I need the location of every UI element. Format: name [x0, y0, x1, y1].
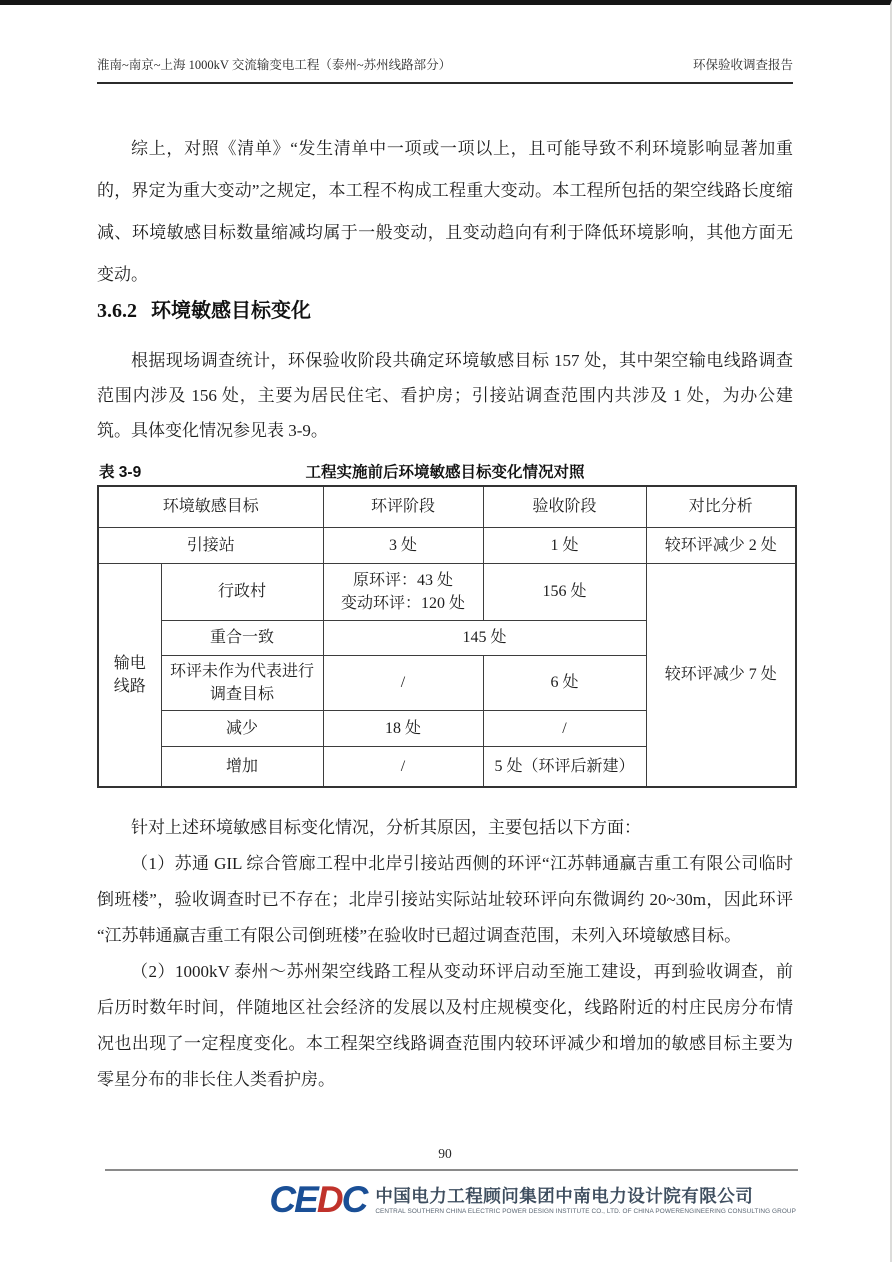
cell-village-acceptance: 156 处 — [483, 563, 646, 620]
cell-village-eia: 原环评：43 处 变动环评：120 处 — [323, 563, 483, 620]
page-number: 90 — [0, 1146, 890, 1162]
cell-increase-label: 增加 — [161, 746, 323, 787]
col-header-comparison: 对比分析 — [646, 486, 796, 528]
cell-station-eia: 3 处 — [323, 527, 483, 563]
notrep-label-line2: 调查目标 — [166, 683, 319, 706]
cell-line-group-label: 输电 线路 — [98, 563, 161, 787]
table-row-station: 引接站 3 处 1 处 较环评减少 2 处 — [98, 527, 796, 563]
intro-paragraph: 综上，对照《清单》“发生清单中一项或一项以上，且可能导致不利环境影响显著加重的，… — [97, 128, 793, 296]
line-group-label-line1: 输电 — [103, 652, 157, 675]
cell-notrep-label: 环评未作为代表进行 调查目标 — [161, 655, 323, 710]
cell-overlap-label: 重合一致 — [161, 620, 323, 655]
cell-increase-eia: / — [323, 746, 483, 787]
village-eia-original: 原环评：43 处 — [328, 569, 479, 592]
cell-overlap-value: 145 处 — [323, 620, 646, 655]
company-name-block: 中国电力工程顾问集团中南电力设计院有限公司 CENTRAL SOUTHERN C… — [375, 1185, 796, 1216]
notrep-label-line1: 环评未作为代表进行 — [166, 660, 319, 683]
cell-increase-acceptance: 5 处（环评后新建） — [483, 746, 646, 787]
logo-letter-4: C — [342, 1179, 367, 1220]
logo-letter-1: C — [269, 1179, 294, 1220]
sensitive-targets-table: 环境敏感目标 环评阶段 验收阶段 对比分析 引接站 3 处 1 处 较环评减少 … — [97, 485, 797, 788]
table-caption: 表 3-9 工程实施前后环境敏感目标变化情况对照 — [97, 460, 793, 482]
col-header-eia: 环评阶段 — [323, 486, 483, 528]
cell-station-label: 引接站 — [98, 527, 323, 563]
col-header-target: 环境敏感目标 — [98, 486, 323, 528]
company-logo-block: CEDC 中国电力工程顾问集团中南电力设计院有限公司 CENTRAL SOUTH… — [0, 1180, 890, 1220]
cell-station-acceptance: 1 处 — [483, 527, 646, 563]
cell-village-label: 行政村 — [161, 563, 323, 620]
section-paragraph: 根据现场调查统计，环保验收阶段共确定环境敏感目标 157 处，其中架空输电线路调… — [97, 343, 793, 448]
analysis-point1-paragraph: （1）苏通 GIL 综合管廊工程中北岸引接站西侧的环评“江苏韩通赢吉重工有限公司… — [97, 846, 793, 954]
section-heading: 3.6.2 环境敏感目标变化 — [97, 296, 793, 326]
logo-letter-2: E — [294, 1179, 317, 1220]
cell-notrep-eia: / — [323, 655, 483, 710]
running-header: 淮南~南京~上海 1000kV 交流输变电工程（泰州~苏州线路部分） 环保验收调… — [97, 55, 793, 84]
company-name-cn: 中国电力工程顾问集团中南电力设计院有限公司 — [375, 1185, 796, 1207]
table-label: 表 3-9 — [99, 460, 141, 482]
cell-decrease-acceptance: / — [483, 710, 646, 746]
header-project-title: 淮南~南京~上海 1000kV 交流输变电工程（泰州~苏州线路部分） — [97, 55, 451, 73]
page-footer: 90 CEDC 中国电力工程顾问集团中南电力设计院有限公司 CENTRAL SO… — [0, 1146, 890, 1220]
cedc-logo-icon: CEDC — [269, 1180, 366, 1220]
cell-notrep-acceptance: 6 处 — [483, 655, 646, 710]
table-row-village: 输电 线路 行政村 原环评：43 处 变动环评：120 处 156 处 较环评减… — [98, 563, 796, 620]
header-report-title: 环保验收调查报告 — [693, 55, 793, 73]
analysis-point2-paragraph: （2）1000kV 泰州～苏州架空线路工程从变动环评启动至施工建设，再到验收调查… — [97, 954, 793, 1098]
section-title: 环境敏感目标变化 — [151, 296, 311, 326]
cell-station-comparison: 较环评减少 2 处 — [646, 527, 796, 563]
analysis-intro-paragraph: 针对上述环境敏感目标变化情况，分析其原因，主要包括以下方面： — [97, 810, 793, 846]
cell-decrease-label: 减少 — [161, 710, 323, 746]
village-eia-changed: 变动环评：120 处 — [328, 592, 479, 615]
col-header-acceptance: 验收阶段 — [483, 486, 646, 528]
footer-divider — [105, 1169, 798, 1171]
cell-line-group-comparison: 较环评减少 7 处 — [646, 563, 796, 787]
document-page: 淮南~南京~上海 1000kV 交流输变电工程（泰州~苏州线路部分） 环保验收调… — [0, 0, 892, 1262]
section-number: 3.6.2 — [97, 296, 137, 326]
table-title: 工程实施前后环境敏感目标变化情况对照 — [97, 460, 793, 482]
line-group-label-line2: 线路 — [103, 675, 157, 698]
table-header-row: 环境敏感目标 环评阶段 验收阶段 对比分析 — [98, 486, 796, 528]
cell-decrease-eia: 18 处 — [323, 710, 483, 746]
company-name-en: CENTRAL SOUTHERN CHINA ELECTRIC POWER DE… — [375, 1207, 796, 1216]
logo-letter-3: D — [317, 1179, 342, 1220]
